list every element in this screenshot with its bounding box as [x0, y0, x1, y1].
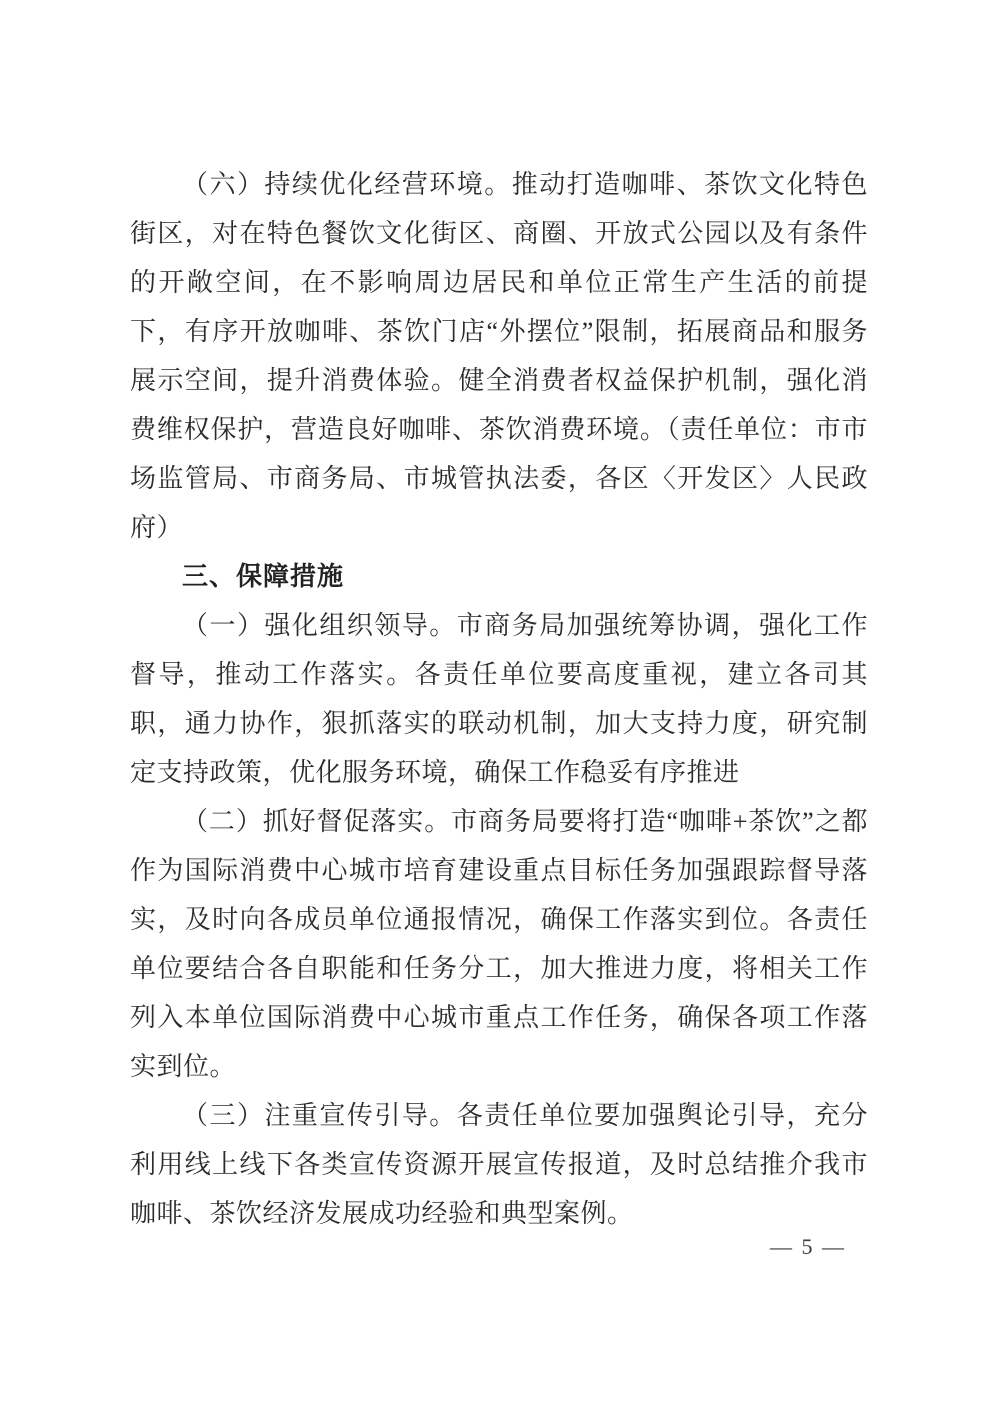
page-number: — 5 —	[770, 1232, 846, 1262]
document-page: （六）持续优化经营环境。推动打造咖啡、茶饮文化特色街区，对在特色餐饮文化街区、商…	[0, 0, 990, 1401]
section-heading: 三、保障措施	[130, 552, 868, 601]
paragraph: （三）注重宣传引导。各责任单位要加强舆论引导，充分利用线上线下各类宣传资源开展宣…	[130, 1091, 868, 1238]
paragraph: （六）持续优化经营环境。推动打造咖啡、茶饮文化特色街区，对在特色餐饮文化街区、商…	[130, 160, 868, 552]
paragraph: （二）抓好督促落实。市商务局要将打造“咖啡+茶饮”之都作为国际消费中心城市培育建…	[130, 797, 868, 1091]
paragraph: （一）强化组织领导。市商务局加强统筹协调，强化工作督导，推动工作落实。各责任单位…	[130, 601, 868, 797]
document-body: （六）持续优化经营环境。推动打造咖啡、茶饮文化特色街区，对在特色餐饮文化街区、商…	[130, 160, 868, 1238]
